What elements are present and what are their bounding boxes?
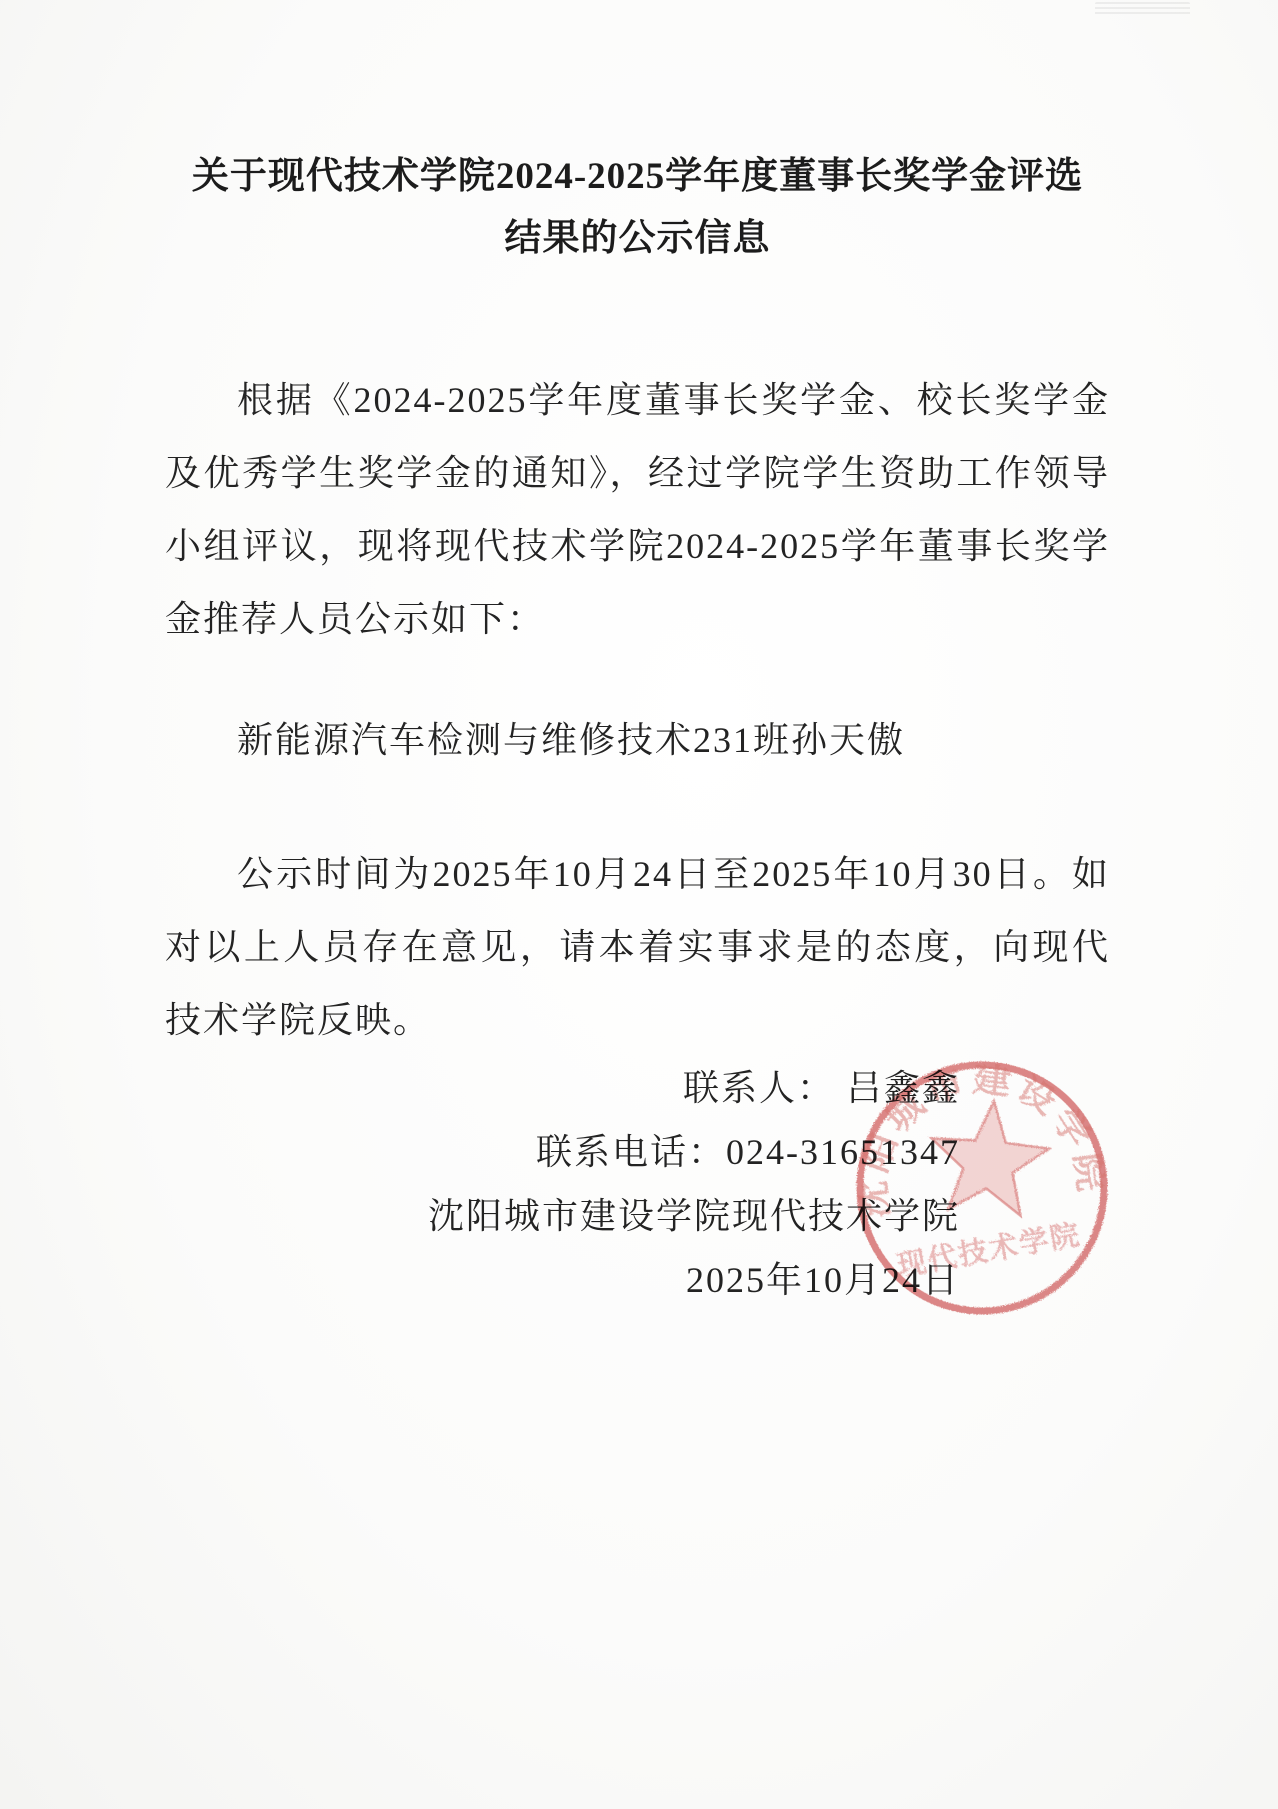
date-line: 2025年10月24日 (165, 1248, 960, 1312)
contact-person-line: 联系人： 吕鑫鑫 (165, 1056, 960, 1120)
scan-artifact (1095, 2, 1190, 16)
document-title: 关于现代技术学院2024-2025学年度董事长奖学金评选 结果的公示信息 (165, 146, 1110, 270)
document-page: 关于现代技术学院2024-2025学年度董事长奖学金评选 结果的公示信息 根据《… (0, 0, 1278, 1809)
recipient-line: 新能源汽车检测与维修技术231班孙天傲 (165, 704, 1110, 777)
signature-block: 联系人： 吕鑫鑫 联系电话：024-31651347 沈阳城市建设学院现代技术学… (165, 1056, 1110, 1312)
publicity-period-paragraph: 公示时间为2025年10月24日至2025年10月30日。如对以上人员存在意见，… (165, 838, 1110, 1057)
title-line-1: 关于现代技术学院2024-2025学年度董事长奖学金评选 (165, 146, 1110, 208)
title-line-2: 结果的公示信息 (165, 208, 1110, 270)
organization-name-line: 沈阳城市建设学院现代技术学院 (165, 1184, 960, 1248)
intro-paragraph: 根据《2024-2025学年度董事长奖学金、校长奖学金及优秀学生奖学金的通知》，… (165, 364, 1110, 656)
contact-phone-line: 联系电话：024-31651347 (165, 1120, 960, 1184)
